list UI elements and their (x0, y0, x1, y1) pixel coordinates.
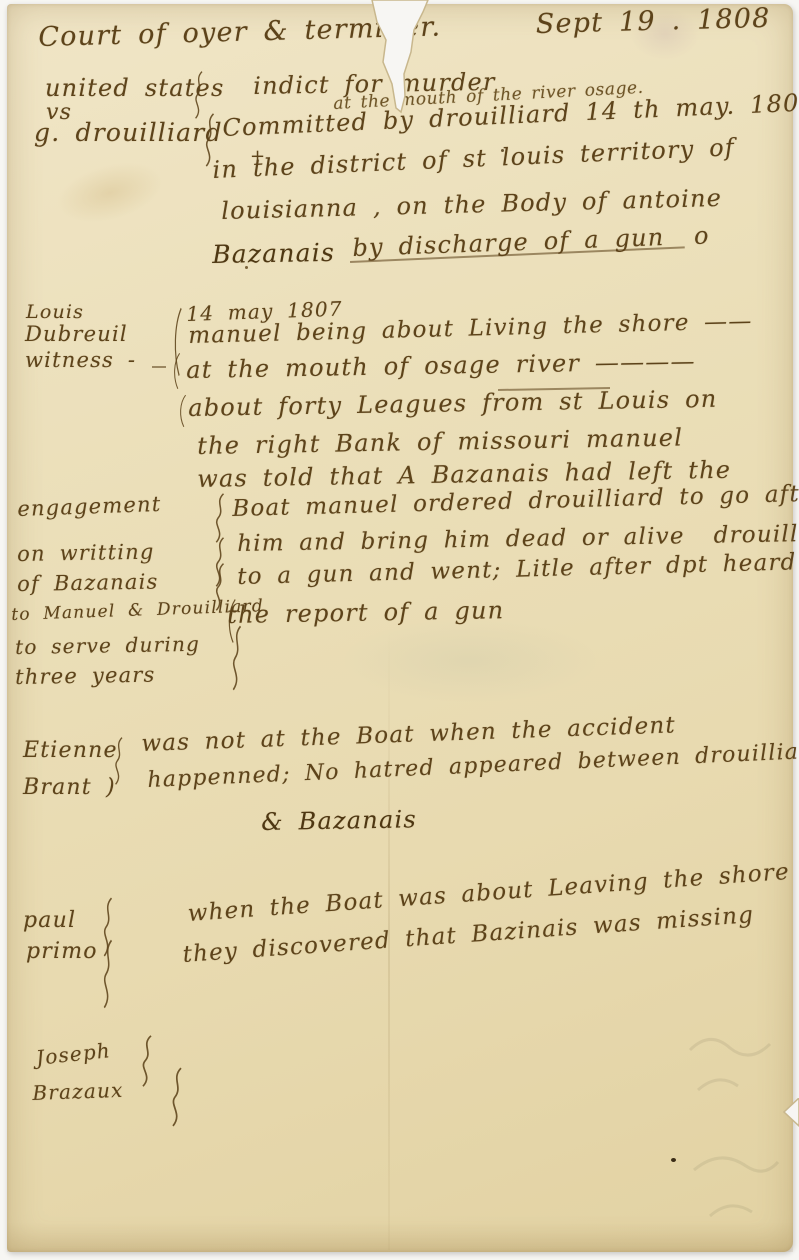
testimony-line: the report of a gun (227, 598, 505, 627)
opening-paren-stroke (170, 352, 182, 390)
witness2-margin-name: Brant ) (23, 777, 116, 799)
margin-note-line: of Bazanais (17, 572, 159, 595)
witness1-margin-role: witness - (25, 350, 136, 371)
testimony-line: & Bazanais (261, 807, 417, 834)
margin-note-line: engagement (17, 494, 162, 520)
witness3-margin-name: primo (26, 941, 98, 963)
witness2-margin-name: Etienne (23, 740, 118, 762)
witness3-margin-name: paul (23, 910, 76, 932)
ink-spot (671, 1158, 676, 1162)
pen-stroke (152, 366, 166, 368)
paper-tear (0, 0, 799, 140)
margin-note-line: three years (15, 665, 156, 688)
opening-paren-stroke (176, 394, 188, 428)
brace-squiggle (136, 1034, 156, 1088)
brace-squiggle (227, 624, 245, 692)
margin-note-line: to serve during (15, 634, 200, 657)
witness1-margin-name: Dubreuil (25, 324, 128, 345)
bleed-through-marks (680, 1020, 790, 1250)
witness4-margin-name: Brazaux (32, 1080, 124, 1103)
margin-note-line: on writting (17, 542, 155, 565)
paper-nick (779, 1098, 799, 1128)
brace-squiggle (166, 1066, 186, 1128)
document-scan: Court of oyer & terminer. Sept 19 . 1808… (0, 0, 799, 1260)
witness1-margin-name: Louis (26, 303, 84, 322)
brace-squiggle (98, 938, 116, 1010)
case-victim-name: Bazanais (212, 240, 335, 267)
